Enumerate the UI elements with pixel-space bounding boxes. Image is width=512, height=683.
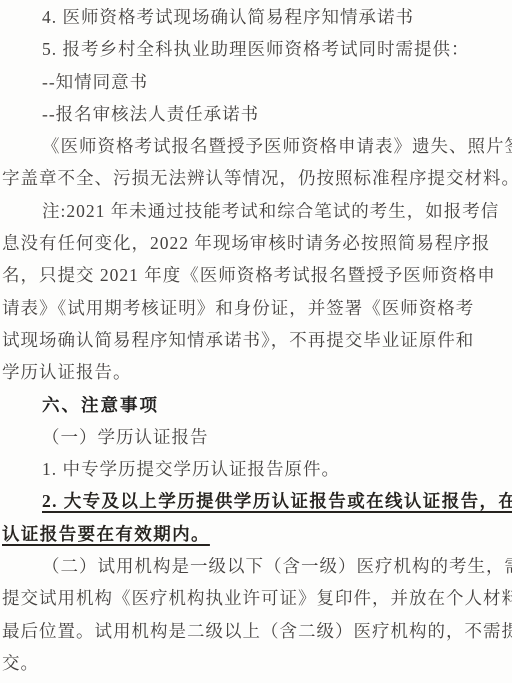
section-heading-notes: 六、注意事项 bbox=[2, 389, 512, 421]
emphasized-line-college-degree-2: 认证报告要在有效期内。 bbox=[2, 518, 512, 550]
list-item-5: 5. 报考乡村全科执业助理医师资格考试同时需提供： bbox=[2, 33, 512, 65]
dash-item-legal-commitment: --报名审核法人责任承诺书 bbox=[2, 98, 512, 130]
note-paragraph-line-6: 学历认证报告。 bbox=[2, 356, 512, 388]
subsection-trial-institution-line-1: （二）试用机构是一级以下（含一级）医疗机构的考生，需 bbox=[2, 550, 512, 582]
note-paragraph-line-1: 注:2021 年未通过技能考试和综合笔试的考生，如报考信 bbox=[2, 195, 512, 227]
dash-item-consent: --知情同意书 bbox=[2, 66, 512, 98]
list-item-secondary-school: 1. 中专学历提交学历认证报告原件。 bbox=[2, 453, 512, 485]
emphasized-line-college-degree-1: 2. 大专及以上学历提供学历认证报告或在线认证报告，在线 bbox=[2, 485, 512, 517]
note-paragraph-line-5: 试现场确认简易程序知情承诺书》，不再提交毕业证原件和 bbox=[2, 324, 512, 356]
subsection-heading-credential-report: （一）学历认证报告 bbox=[2, 421, 512, 453]
paragraph-application-form-line-2: 字盖章不全、污损无法辨认等情况，仍按照标准程序提交材料。 bbox=[2, 162, 512, 194]
note-paragraph-line-4: 请表》《试用期考核证明》和身份证，并签署《医师资格考 bbox=[2, 292, 512, 324]
document-page: 4. 医师资格考试现场确认简易程序知情承诺书 5. 报考乡村全科执业助理医师资格… bbox=[0, 0, 512, 683]
note-paragraph-line-2: 息没有任何变化，2022 年现场审核时请务必按照简易程序报 bbox=[2, 227, 512, 259]
subsection-trial-institution-line-3: 最后位置。试用机构是二级以上（含二级）医疗机构的，不需提 bbox=[2, 615, 512, 647]
paragraph-application-form-line-1: 《医师资格考试报名暨授予医师资格申请表》遗失、照片签 bbox=[2, 130, 512, 162]
list-item-4: 4. 医师资格考试现场确认简易程序知情承诺书 bbox=[2, 1, 512, 33]
subsection-trial-institution-line-2: 提交试用机构《医疗机构执业许可证》复印件，并放在个人材料 bbox=[2, 582, 512, 614]
subsection-trial-institution-line-4: 交。 bbox=[2, 647, 512, 679]
note-paragraph-line-3: 名，只提交 2021 年度《医师资格考试报名暨授予医师资格申 bbox=[2, 259, 512, 291]
